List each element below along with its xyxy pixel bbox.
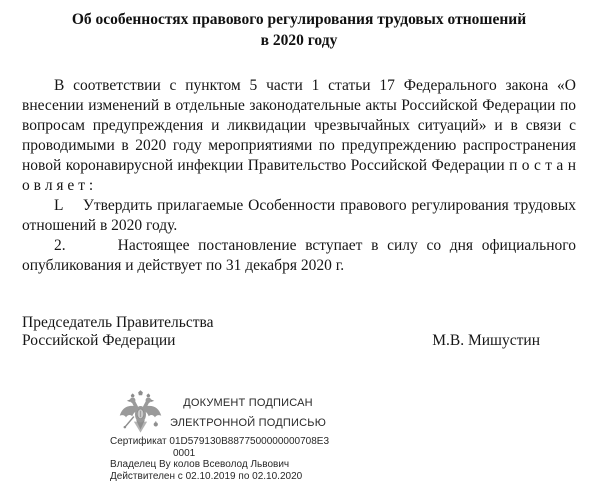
signer-position: Председатель Правительства Российской Фе…: [22, 314, 214, 350]
title-line-2: в 2020 году: [22, 30, 576, 51]
signer-name: М.В. Мишустин: [432, 332, 576, 350]
paragraph-item-1: L Утвердить прилагаемые Особенности прав…: [22, 196, 576, 236]
stamp-header-line-2: ЭЛЕКТРОННОЙ ПОДПИСЬЮ: [168, 417, 328, 429]
certificate-owner: Владелец Ву колов Всеволод Львович: [110, 459, 289, 470]
document-page: Об особенностях правового регулирования …: [0, 0, 599, 494]
signer-position-line-1: Председатель Правительства: [22, 314, 214, 332]
certificate-number-line-1: Сертификат 01D579130B8877500000000708E3: [110, 436, 329, 447]
electronic-signature-stamp: ДОКУМЕНТ ПОДПИСАН ЭЛЕКТРОННОЙ ПОДПИСЬЮ С…: [110, 385, 420, 491]
paragraph-preamble: В соответствии с пунктом 5 части 1 стать…: [22, 76, 576, 196]
stamp-header-line-1: ДОКУМЕНТ ПОДПИСАН: [168, 397, 328, 409]
signer-position-line-2: Российской Федерации: [22, 332, 214, 350]
russia-coat-of-arms-icon: [117, 388, 164, 435]
paragraph-item-2: 2. Настоящее постановление вступает в си…: [22, 236, 576, 276]
title-line-1: Об особенностях правового регулирования …: [22, 9, 576, 30]
page-title: Об особенностях правового регулирования …: [22, 9, 576, 51]
certificate-number-line-2: 0001: [173, 448, 195, 459]
document-body: В соответствии с пунктом 5 части 1 стать…: [22, 76, 576, 276]
signature-block: Председатель Правительства Российской Фе…: [22, 314, 576, 350]
certificate-validity: Действителен с 02.10.2019 по 02.10.2020: [110, 471, 302, 482]
